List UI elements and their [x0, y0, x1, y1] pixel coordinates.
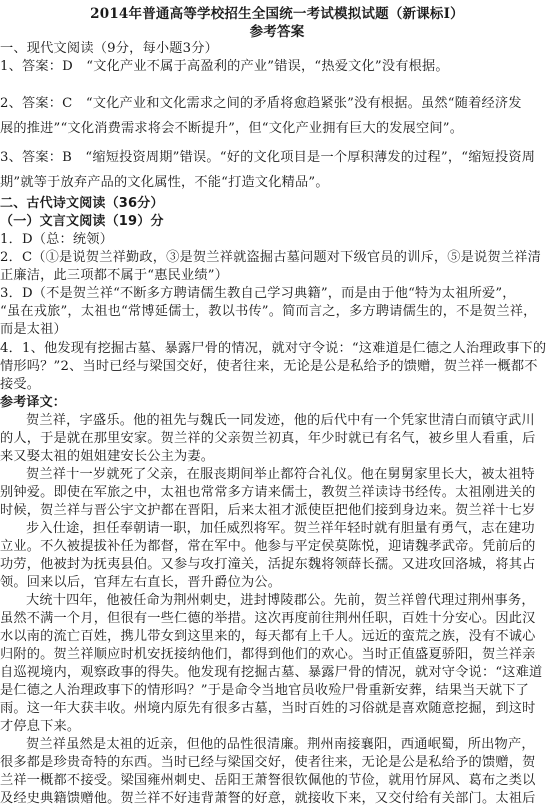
translation-line: 虽然不满一个月，但很有一些仁德的举措。这次再度前往荆州任职，百姓十分安心。因此汉: [0, 611, 536, 627]
translation-line: 才停息下来。: [0, 719, 80, 735]
answer-line: 期”就等于放弃产品的文化属性，不能“打造文化精品”。: [0, 175, 329, 191]
translation-line: 是仁德之人治理政事下的情形吗？”于是命令当地官员收殓尸骨重新安葬，结果当天就下了: [0, 683, 529, 699]
translation-line: 时候，贺兰祥与晋公宇文护都在晋阳，后来太祖才派使臣把他们接到身边来。贺兰祥十七岁: [0, 503, 536, 519]
answer-line: 3．D（不是贺兰祥“不断多方聘请儒生教自己学习典籍”，而是由于他“特为太祖所爱”…: [0, 286, 516, 302]
translation-line: 雨。这一年大获丰收。州境内原先有很多古墓，当时百姓的习俗就是喜欢随意挖掘，到这时: [0, 701, 536, 717]
answer-line: 1．D（总：统领）: [0, 232, 113, 248]
answer-line: 接受。: [0, 377, 40, 393]
translation-line: 水以南的流亡百姓，携儿带女到这里来的，每天都有上千人。远近的蛮荒之族，没有不诚心: [0, 629, 536, 645]
section2-heading: 二、古代诗文阅读（36分）: [0, 196, 164, 212]
translation-line: 贺兰祥十一岁就死了父亲，在服丧期间举止都符合礼仪。他在舅舅家里长大，被太祖特: [26, 467, 535, 483]
section1-heading: 一、现代文阅读（9分，每小题3分）: [0, 41, 218, 57]
answer-line: 3、答案：B “缩短投资周期”错误。“好的文化项目是一个厚积薄发的过程”，“缩短…: [0, 150, 535, 166]
translation-heading: 参考译文：: [0, 395, 66, 411]
answer-line: 2．C（①是说贺兰祥勤政，③是贺兰祥就盗掘古墓问题对下级官员的训斥，⑤是说贺兰祥…: [0, 250, 541, 266]
translation-line: 别钟爱。即使在军旅之中，太祖也常常多方请来儒士，教贺兰祥读诗书经传。太祖刚进关的: [0, 485, 536, 501]
translation-line: 步入仕途，担任奉朝请一职，加任威烈将军。贺兰祥年轻时就有胆量有勇气，志在建功: [26, 521, 535, 537]
translation-line: 贺兰祥，字盛乐。他的祖先与魏氏一同发迹，他的后代中有一个凭家世清白而镇守武川: [26, 413, 535, 429]
answer-line: 1、答案：D “文化产业不属于高盈利的产业”错误，“热爱文化”没有根据。: [0, 59, 449, 75]
translation-line: 立业。不久被提拔补任为都督，常在军中。他参与平定侯莫陈悦，迎请魏孝武帝。凭前后的: [0, 539, 536, 555]
answer-line: 情形吗？”2、当时已经与梁国交好，使者往来，无论是公是私给予的馈赠，贺兰祥一概都…: [0, 359, 538, 375]
answer-line: 而是太祖）: [0, 322, 67, 338]
translation-line: 归附的。贺兰祥顺应时机安抚接纳他们，都得到他们的欢心。当时正值盛夏骄阳，贺兰祥亲: [0, 647, 536, 663]
document-title: 2014年普通高等学校招生全国统一考试模拟试题（新课标Ⅰ）: [0, 6, 554, 22]
translation-line: 的人，于是就在那里安家。贺兰祥的父亲贺兰初真，年少时就已有名气，被乡里人看重，后: [0, 431, 536, 447]
translation-line: 功劳，他被封为抚夷县伯。又参与攻打潼关，活捉东魏将领薛长孺。又进攻回洛城，将其占: [0, 557, 536, 573]
translation-line: 兰祥一概都不接受。梁国雍州刺史、岳阳王萧詧很钦佩他的节俭，就用竹屏风、葛布之类以: [0, 773, 536, 789]
translation-line: 来又娶太祖的姐姐建安长公主为妻。: [0, 449, 214, 465]
document-subtitle: 参考答案: [0, 24, 554, 40]
translation-line: 很多都是珍贵奇特的东西。当时已经与梁国交好，使者往来，无论是公是私给予的馈赠，贺: [0, 755, 536, 771]
answer-line: 2、答案：C “文化产业和文化需求之间的矛盾将愈趋紧张”没有根据。虽然“随着经济…: [0, 96, 522, 112]
translation-line: 贺兰祥虽然是太祖的近亲，但他的品性很清廉。荆州南接襄阳，西通岷蜀，所出物产，: [26, 737, 535, 753]
answer-line: 正廉洁，此三项都不属于“惠民业绩”）: [0, 268, 228, 284]
translation-line: 自巡视境内，观察政事的得失。他发现有挖掘古墓、暴露尸骨的情况，就对守令说：“这难…: [0, 665, 542, 681]
answer-line: “虽在戎旅”，太祖也“常博延儒士，教以书传”。简而言之，多方聘请儒生的，不是贺兰…: [0, 304, 537, 320]
answer-line: 展的推进”“文化消费需求将会不断提升”，但“文化产业拥有巨大的发展空间”。: [0, 121, 463, 137]
translation-line: 领。回来以后，官拜左右直长，晋升爵位为公。: [0, 575, 281, 591]
translation-line: 大统十四年，他被任命为荆州刺史，进封博陵郡公。先前，贺兰祥曾代理过荆州事务，: [26, 593, 535, 609]
section2-subheading: （一）文言文阅读（19）分: [0, 214, 164, 230]
answer-line: 4．1、他发现有挖掘古墓、暴露尸骨的情况，就对守令说：“这难道是仁德之人治理政事…: [0, 341, 546, 357]
translation-line: 及经史典籍馈赠他。贺兰祥不好违背萧詧的好意，就接收下来，又交付给有关部门。太祖后: [0, 791, 536, 807]
